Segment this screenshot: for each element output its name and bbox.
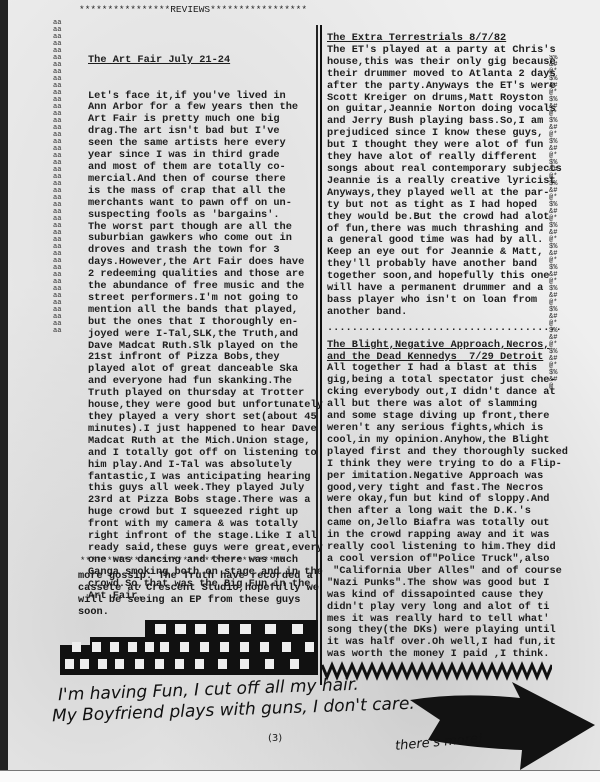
arrow-right-icon xyxy=(400,680,600,780)
star-separator: ************************************** xyxy=(80,556,316,566)
section-header: ****************REVIEWS***************** xyxy=(79,4,409,15)
scan-edge xyxy=(0,0,8,782)
checkerboard-decoration xyxy=(60,615,318,675)
typed-a-border: aaaaaaaaaaaaaaaaaaaaaaaaaaaaaaaaaaaaaaaa… xyxy=(53,20,62,550)
zine-page: aaaaaaaaaaaaaaaaaaaaaaaaaaaaaaaaaaaaaaaa… xyxy=(0,0,600,782)
review-body: All together I had a blast at this gig,b… xyxy=(327,363,552,661)
review-title: The Blight,Negative Approach,Necros, and… xyxy=(327,340,552,364)
right-column-reviews: The Extra Terrestrials 8/7/82The ET's pl… xyxy=(327,33,552,661)
dot-separator: ...................................... xyxy=(327,323,552,335)
scan-bottom-edge xyxy=(0,770,600,782)
review-body: Let's face it,if you've lived in Ann Arb… xyxy=(88,91,320,603)
review: The Blight,Negative Approach,Necros, and… xyxy=(327,340,552,661)
page-number: (3) xyxy=(268,733,282,744)
review-body: The ET's played at a party at Chris's ho… xyxy=(327,45,552,319)
review-title: The Art Fair July 21-24 xyxy=(88,55,320,67)
art-fair-review: The Art Fair July 21-24 Let's face it,if… xyxy=(88,31,320,626)
scribbled-border: $%&#@*$%&#@*$%&#@*$%&#@*$%&#@*$%&#@*$%&#… xyxy=(549,55,558,705)
column-divider xyxy=(320,25,322,685)
gossip-note: more gossip: The Truth have recorded a c… xyxy=(78,571,318,619)
review: The Extra Terrestrials 8/7/82The ET's pl… xyxy=(327,33,552,319)
